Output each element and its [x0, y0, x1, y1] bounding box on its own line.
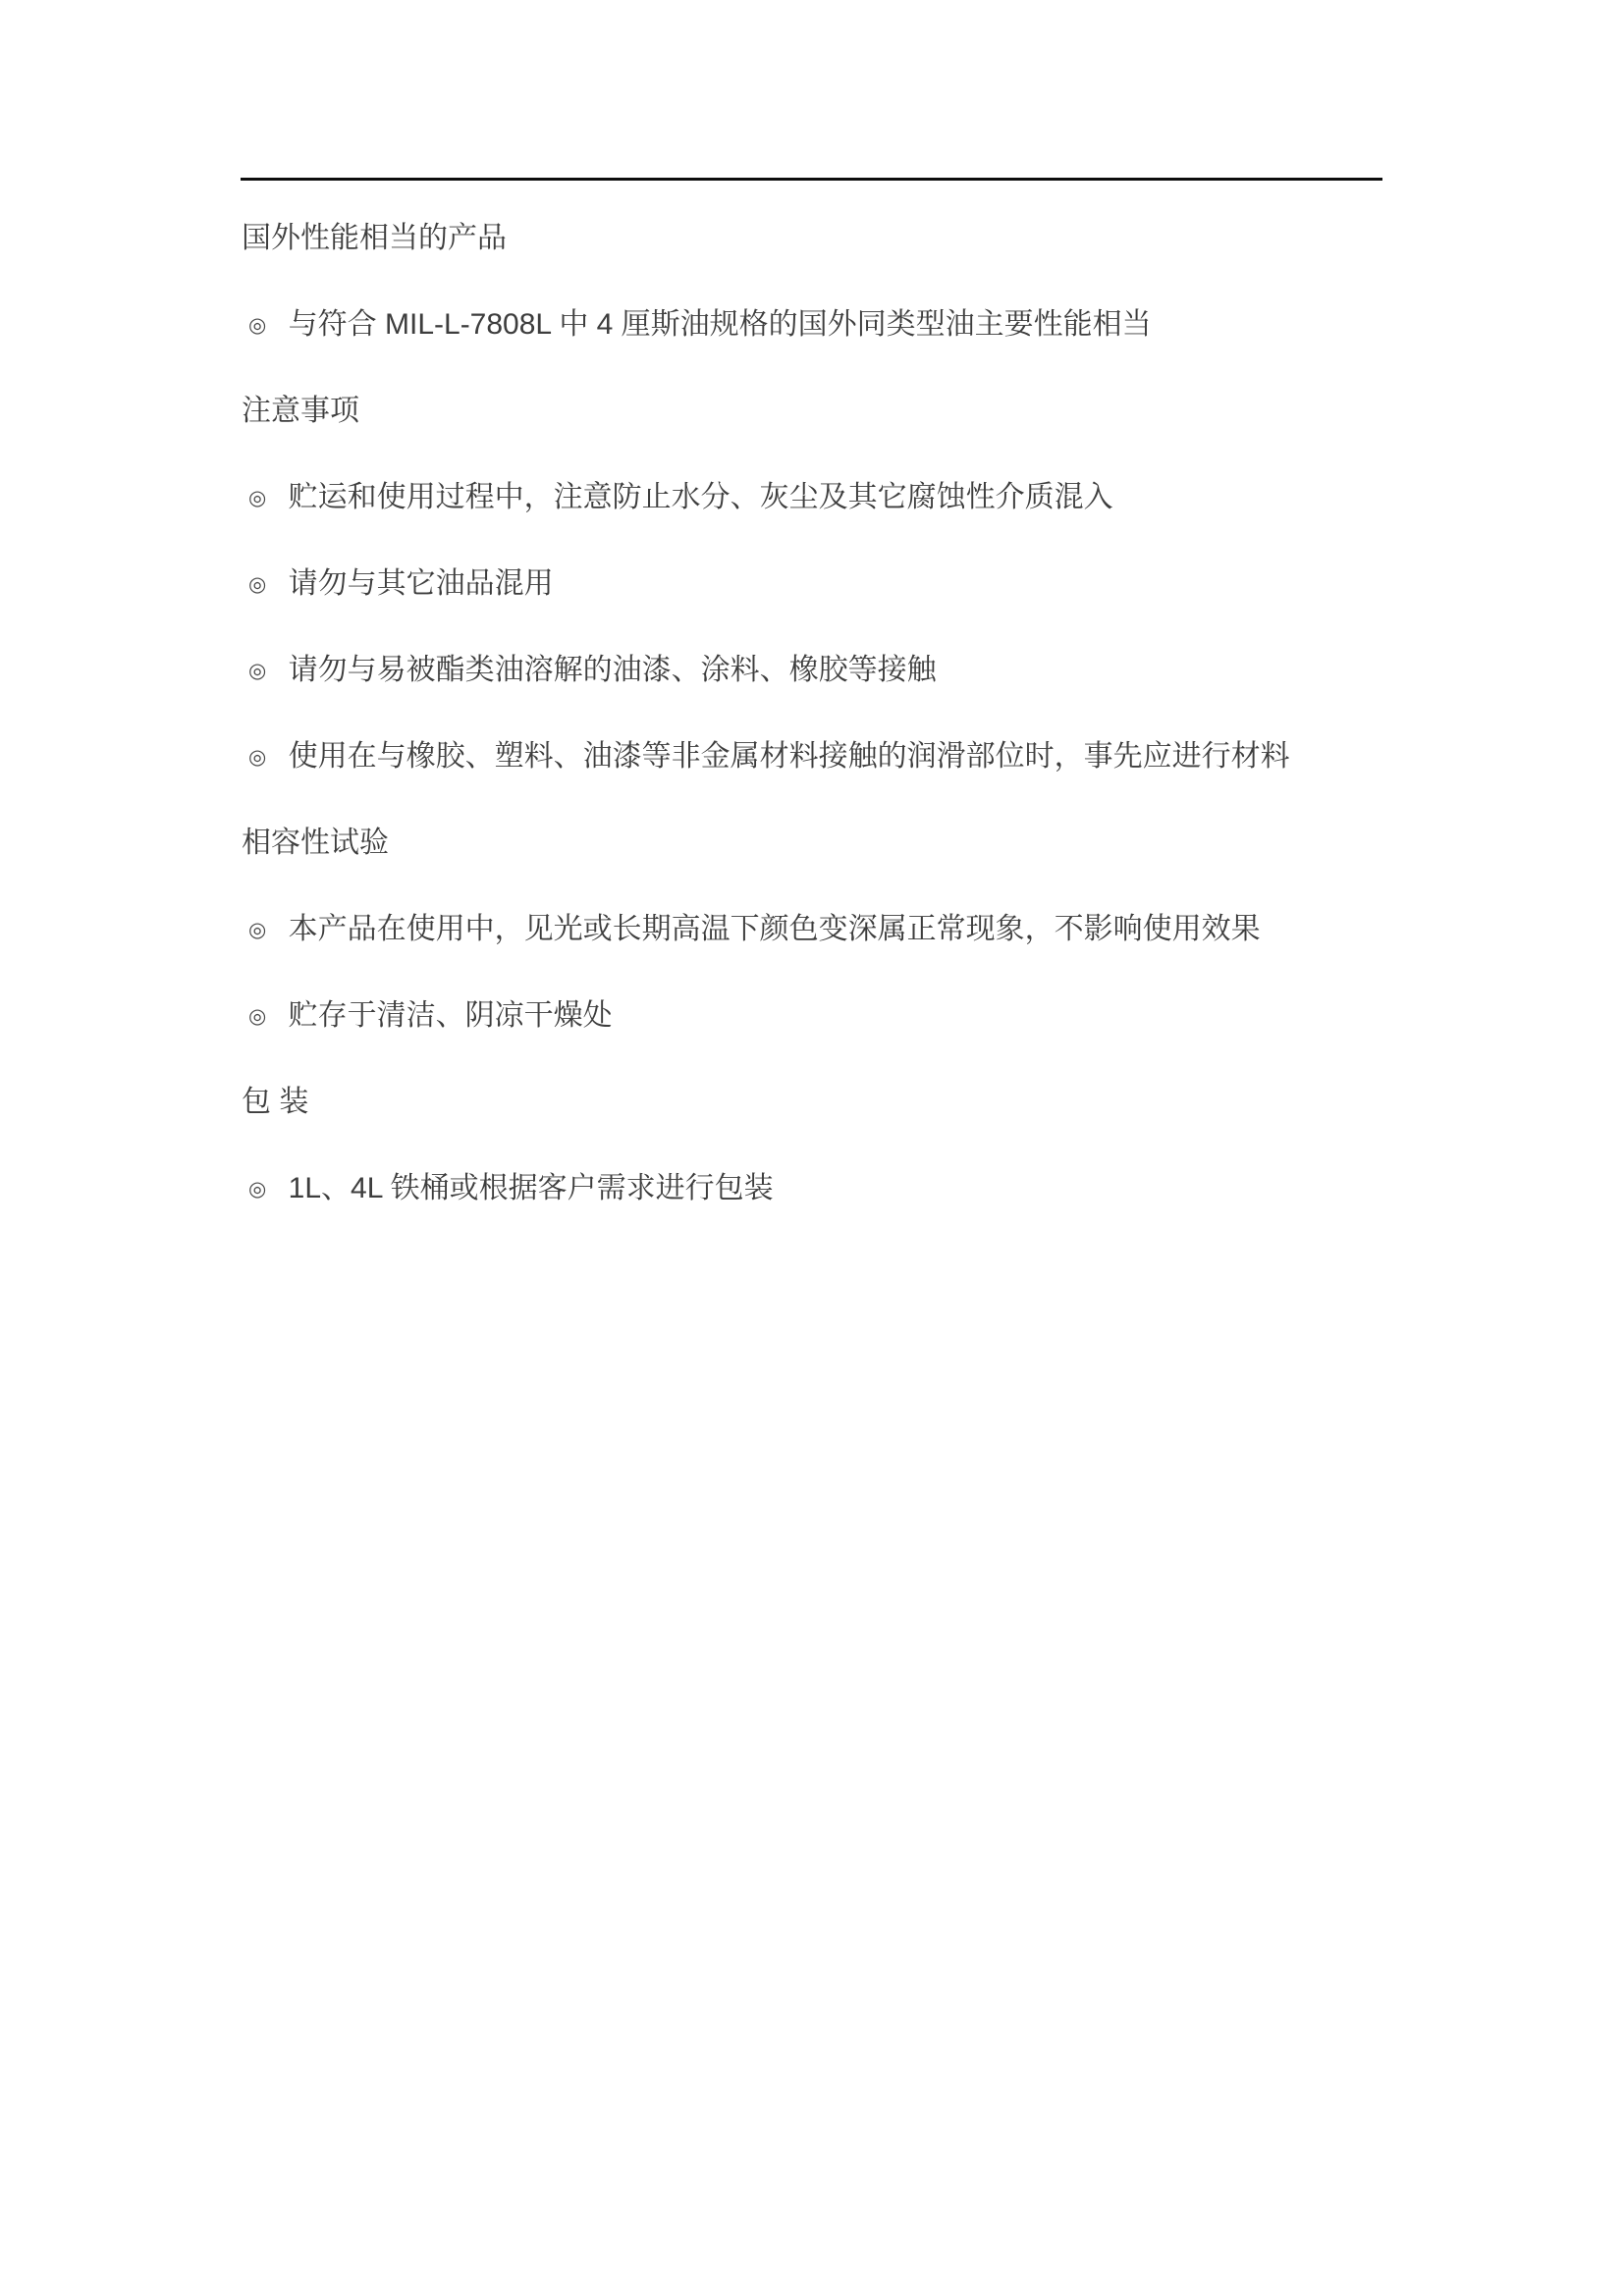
heading-text: 注意事项	[242, 396, 359, 426]
bullet-item: ◎ 贮运和使用过程中，注意防止水分、灰尘及其它腐蚀性介质混入	[242, 482, 1400, 512]
heading-text: 国外性能相当的产品	[242, 223, 507, 253]
bullet-text: 使用在与橡胶、塑料、油漆等非金属材料接触的润滑部位时，事先应进行材料	[289, 741, 1290, 772]
bullet-icon: ◎	[248, 483, 266, 513]
bullet-item: ◎ 使用在与橡胶、塑料、油漆等非金属材料接触的润滑部位时，事先应进行材料	[242, 741, 1400, 772]
section-heading-precautions: 注意事项	[242, 396, 1400, 426]
bullet-item: ◎ 与符合 MIL-L-7808L 中 4 厘斯油规格的国外同类型油主要性能相当	[242, 309, 1400, 340]
bullet-icon: ◎	[248, 310, 266, 341]
bullet-text: 本产品在使用中，见光或长期高温下颜色变深属正常现象，不影响使用效果	[289, 914, 1261, 944]
bullet-text: 1L、4L 铁桶或根据客户需求进行包装	[289, 1173, 774, 1203]
bullet-item: ◎ 请勿与易被酯类油溶解的油漆、涂料、橡胶等接触	[242, 655, 1400, 685]
bullet-text: 贮存于清洁、阴凉干燥处	[289, 1000, 613, 1031]
bullet-continuation-line: 相容性试验	[242, 828, 1400, 858]
bullet-text: 与符合 MIL-L-7808L 中 4 厘斯油规格的国外同类型油主要性能相当	[289, 309, 1152, 340]
bullet-item: ◎ 1L、4L 铁桶或根据客户需求进行包装	[242, 1173, 1400, 1203]
section-heading-equivalent-products: 国外性能相当的产品	[242, 223, 1400, 253]
bullet-icon: ◎	[248, 569, 266, 600]
document-page: 国外性能相当的产品 ◎ 与符合 MIL-L-7808L 中 4 厘斯油规格的国外…	[0, 0, 1624, 2296]
bullet-text: 请勿与其它油品混用	[289, 568, 554, 599]
bullet-icon: ◎	[248, 1001, 266, 1032]
bullet-icon: ◎	[248, 1174, 266, 1204]
bullet-item: ◎ 贮存于清洁、阴凉干燥处	[242, 1000, 1400, 1031]
bullet-icon: ◎	[248, 915, 266, 945]
document-content: 国外性能相当的产品 ◎ 与符合 MIL-L-7808L 中 4 厘斯油规格的国外…	[242, 223, 1400, 1259]
bullet-item: ◎ 本产品在使用中，见光或长期高温下颜色变深属正常现象，不影响使用效果	[242, 914, 1400, 944]
top-horizontal-rule	[241, 178, 1382, 181]
bullet-item: ◎ 请勿与其它油品混用	[242, 568, 1400, 599]
bullet-text: 请勿与易被酯类油溶解的油漆、涂料、橡胶等接触	[289, 655, 937, 685]
section-heading-packaging: 包 装	[242, 1087, 1400, 1117]
bullet-icon: ◎	[248, 742, 266, 773]
bullet-icon: ◎	[248, 656, 266, 686]
heading-text: 包 装	[242, 1087, 308, 1117]
bullet-text: 贮运和使用过程中，注意防止水分、灰尘及其它腐蚀性介质混入	[289, 482, 1113, 512]
continuation-text: 相容性试验	[242, 828, 389, 858]
